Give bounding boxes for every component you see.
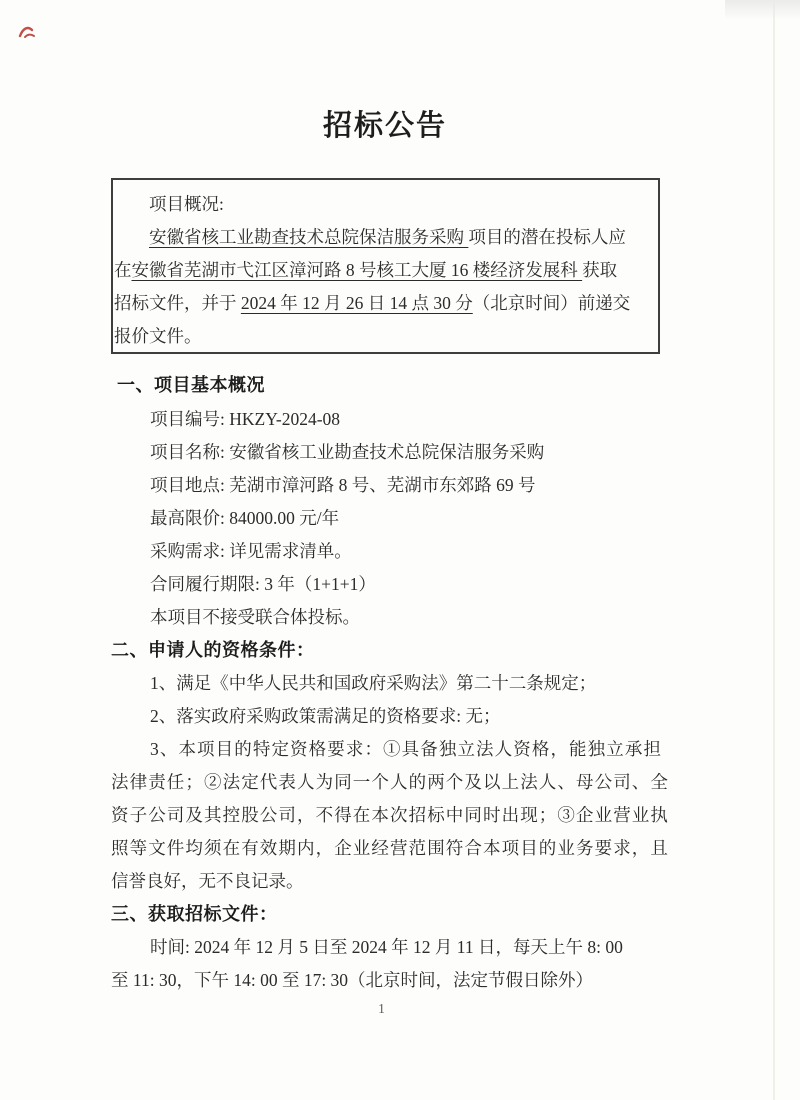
- overview-line-5: 报价文件。: [114, 324, 202, 348]
- qualification-item-3-line-4: 照等文件均须在有效期内，企业经营范围符合本项目的业务要求，且: [111, 836, 669, 860]
- price-limit-line: 最高限价: 84000.00 元/年: [150, 506, 339, 530]
- overview-line4-prefix: 招标文件，并于: [114, 293, 241, 313]
- qualification-item-3-line-3: 资子公司及其控股公司，不得在本次招标中同时出现；③企业营业执: [111, 803, 669, 827]
- section1-heading: 一、项目基本概况: [117, 373, 265, 397]
- obtain-time-line-2: 至 11: 30，下午 14: 00 至 17: 30（北京时间，法定节假日除外…: [111, 968, 593, 992]
- overview-line-2: 安徽省核工业勘查技术总院保洁服务采购 项目的潜在投标人应: [149, 225, 626, 249]
- underlined-project-name: 安徽省核工业勘查技术总院保洁服务采购: [149, 227, 468, 247]
- page-number: 1: [0, 1001, 763, 1017]
- underlined-address: 安徽省芜湖市弋江区漳河路 8 号核工大厦 16 楼经济发展科: [132, 260, 583, 280]
- project-location-line: 项目地点: 芜湖市漳河路 8 号、芜湖市东郊路 69 号: [150, 473, 536, 497]
- overview-line3-rest: 获取: [582, 260, 617, 280]
- qualification-item-2: 2、落实政府采购政策需满足的资格要求: 无；: [150, 704, 501, 728]
- scan-corner-shade: [725, 0, 800, 22]
- obtain-time-line-1: 时间: 2024 年 12 月 5 日至 2024 年 12 月 11 日，每天…: [150, 935, 623, 959]
- overview-heading: 项目概况:: [149, 192, 224, 216]
- underlined-deadline: 2024 年 12 月 26 日 14 点 30 分: [241, 293, 473, 313]
- overview-line3-prefix: 在: [114, 260, 132, 280]
- contract-term-line: 合同履行期限: 3 年（1+1+1）: [150, 572, 376, 596]
- qualification-item-1: 1、满足《中华人民共和国政府采购法》第二十二条规定；: [150, 671, 596, 695]
- no-consortium-line: 本项目不接受联合体投标。: [150, 605, 360, 629]
- overview-line2-rest: 项目的潜在投标人应: [468, 227, 626, 247]
- page-title: 招标公告: [0, 109, 770, 143]
- red-pen-mark: [17, 22, 39, 42]
- project-name-line: 项目名称: 安徽省核工业勘查技术总院保洁服务采购: [150, 440, 544, 464]
- overview-line-3: 在安徽省芜湖市弋江区漳河路 8 号核工大厦 16 楼经济发展科 获取: [114, 258, 617, 282]
- scan-edge-line: [773, 0, 775, 1100]
- qualification-item-3-line-2: 法律责任；②法定代表人为同一个人的两个及以上法人、母公司、全: [111, 770, 669, 794]
- procurement-demand-line: 采购需求: 详见需求清单。: [150, 539, 352, 563]
- overview-line4-rest: （北京时间）前递交: [473, 293, 631, 313]
- section2-heading: 二、申请人的资格条件：: [111, 638, 315, 662]
- project-number-line: 项目编号: HKZY-2024-08: [150, 407, 340, 431]
- section3-heading: 三、获取招标文件：: [111, 902, 278, 926]
- qualification-item-3-line-1: 3、本项目的特定资格要求：①具备独立法人资格，能独立承担: [150, 737, 662, 761]
- scanned-page: 招标公告 项目概况: 安徽省核工业勘查技术总院保洁服务采购 项目的潜在投标人应 …: [0, 0, 800, 1100]
- overview-line-4: 招标文件，并于 2024 年 12 月 26 日 14 点 30 分（北京时间）…: [114, 291, 630, 315]
- qualification-item-3-line-5: 信誉良好，无不良记录。: [111, 869, 304, 893]
